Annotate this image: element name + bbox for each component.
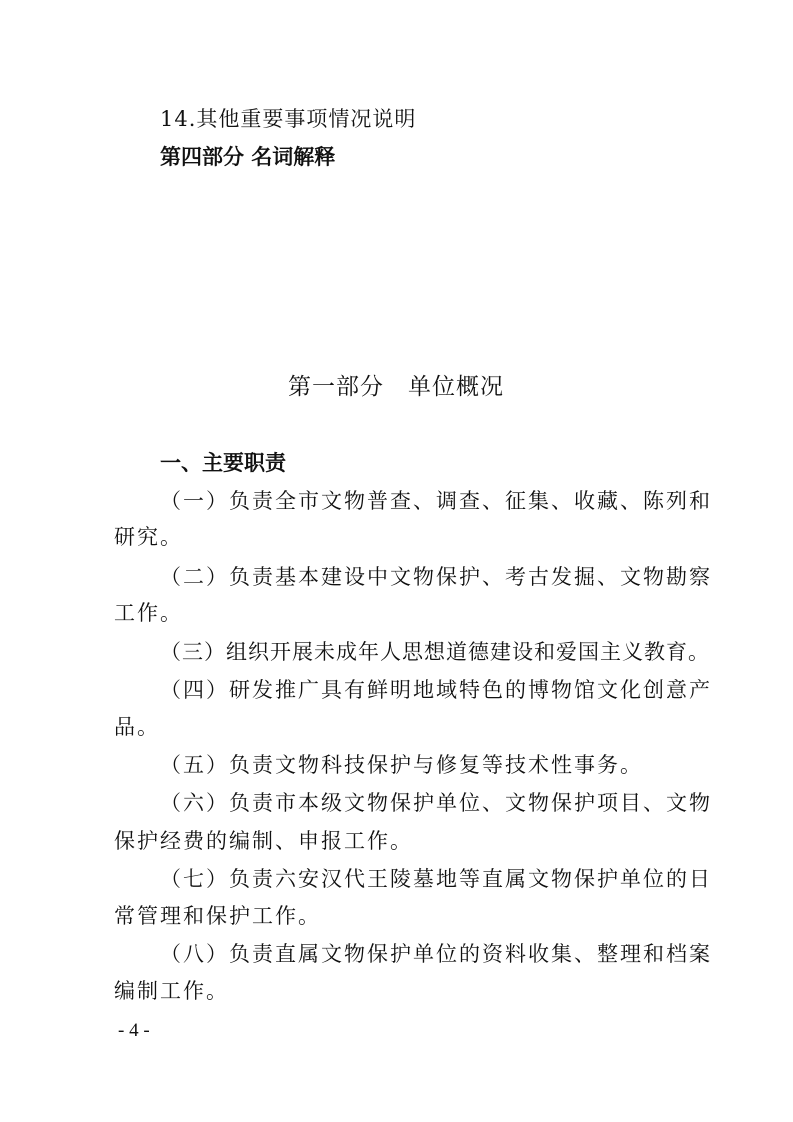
toc-part-four: 第四部分 名词解释 <box>160 142 335 172</box>
duty-6-line-1: （六）负责市本级文物保护单位、文物保护项目、文物 <box>160 788 712 818</box>
duty-5-line-1: （五）负责文物科技保护与修复等技术性事务。 <box>160 750 643 780</box>
section-heading: 一、主要职责 <box>160 448 286 478</box>
duty-2-line-2: 工作。 <box>114 598 183 628</box>
duty-3-line-1: （三）组织开展未成年人思想道德建设和爱国主义教育。 <box>160 637 710 667</box>
duty-2-line-1: （二）负责基本建设中文物保护、考古发掘、文物勘察 <box>160 562 712 592</box>
page-number: - 4 - <box>118 1016 150 1046</box>
duty-1-line-2: 研究。 <box>114 522 183 552</box>
duty-1-line-1: （一）负责全市文物普查、调查、征集、收藏、陈列和 <box>160 486 712 516</box>
document-page: 14.其他重要事项情况说明 第四部分 名词解释 第一部分 单位概况 一、主要职责… <box>0 0 793 1122</box>
duty-7-line-1: （七）负责六安汉代王陵墓地等直属文物保护单位的日 <box>160 864 712 894</box>
duty-4-line-2: 品。 <box>114 712 160 742</box>
duty-8-line-2: 编制工作。 <box>114 976 229 1006</box>
duty-7-line-2: 常管理和保护工作。 <box>114 901 321 931</box>
duty-8-line-1: （八）负责直属文物保护单位的资料收集、整理和档案 <box>160 939 712 969</box>
duty-4-line-1: （四）研发推广具有鲜明地域特色的博物馆文化创意产 <box>160 675 712 705</box>
duty-6-line-2: 保护经费的编制、申报工作。 <box>114 826 413 856</box>
page-title: 第一部分 单位概况 <box>288 372 504 402</box>
toc-item-14: 14.其他重要事项情况说明 <box>160 104 416 134</box>
